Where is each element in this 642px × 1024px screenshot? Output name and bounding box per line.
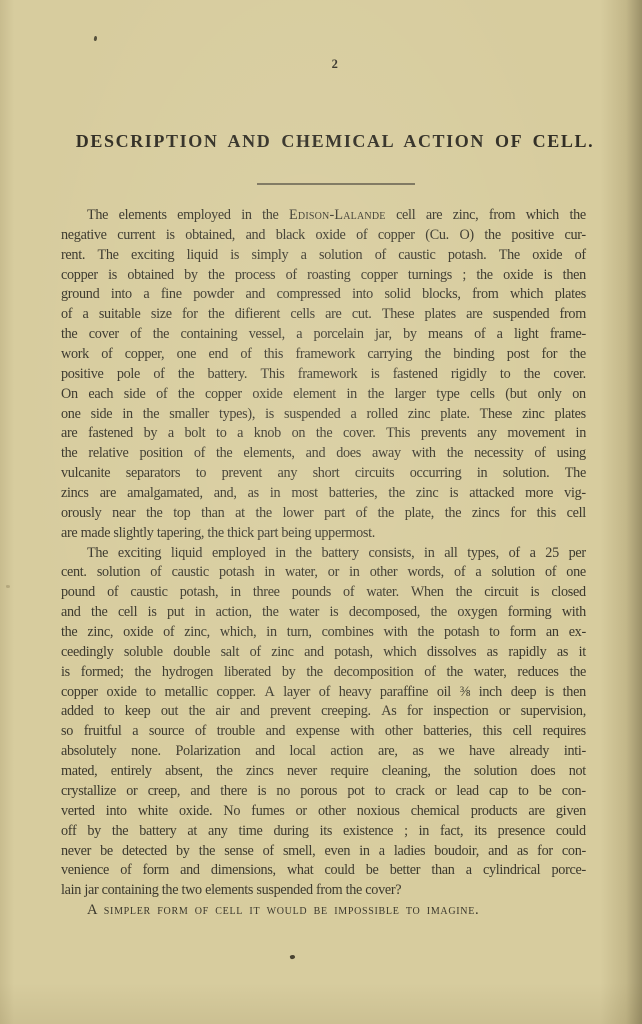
text-line: lain jar containing the two elements sus… bbox=[61, 881, 586, 901]
text-line: onesideinthesmallertypes),issuspendedaro… bbox=[61, 405, 586, 425]
text-line: copperoxidetometalliccopper.Alayerofheav… bbox=[61, 683, 586, 703]
body-text-block: TheelementsemployedintheEdison-Lalandece… bbox=[61, 206, 586, 921]
text-line: addedtokeepouttheairandpreventcreeping.A… bbox=[61, 702, 586, 722]
text-line: thecoverofthecontainingvessel,aporcelain… bbox=[61, 325, 586, 345]
text-line: vertedintowhiteoxide.Nofumesorothernoxio… bbox=[61, 802, 586, 822]
text-line: mated,entirelyabsent,thezincsneverrequir… bbox=[61, 762, 586, 782]
ink-speck bbox=[290, 954, 296, 959]
text-line: workofcopper,oneendofthisframeworkcarryi… bbox=[61, 345, 586, 365]
text-line: poundofcausticpotash,inthreepoundsofwate… bbox=[61, 583, 586, 603]
text-line: orouslynearthetopthanatthelowerpartofthe… bbox=[61, 504, 586, 524]
text-line: cent.solutionofcausticpotashinwater,orin… bbox=[61, 563, 586, 583]
text-line: groundintoafinepowderandcompressedintoso… bbox=[61, 285, 586, 305]
text-line: absolutelynone.Polarizationandlocalactio… bbox=[61, 742, 586, 762]
page-title: DESCRIPTION AND CHEMICAL ACTION OF CELL. bbox=[61, 131, 609, 152]
text-line: arefastenedbyabolttoaknobonthecover.This… bbox=[61, 424, 586, 444]
text-line: ceedinglysolubledoublesaltofzincandpotas… bbox=[61, 643, 586, 663]
text-line: ofasuitablesizeforthedifierentcellsarecu… bbox=[61, 305, 586, 325]
text-line: andthecellisputinaction,thewaterisdecomp… bbox=[61, 603, 586, 623]
scanned-book-page: 2 DESCRIPTION AND CHEMICAL ACTION OF CEL… bbox=[0, 0, 642, 1024]
text-line: therelativepositionoftheelements,anddoes… bbox=[61, 444, 586, 464]
divider-rule bbox=[257, 183, 415, 185]
text-line: venienceofformanddimensions,whatcouldbeb… bbox=[61, 861, 586, 881]
text-line: Oneachsideofthecopperoxideelementinthela… bbox=[61, 385, 586, 405]
text-line: rent.Theexcitingliquidissimplyasolutiono… bbox=[61, 246, 586, 266]
text-line: vulcaniteseparatorstopreventanyshortcirc… bbox=[61, 464, 586, 484]
text-line: neverbedetectedbythesenseofsmell,evenina… bbox=[61, 842, 586, 862]
text-line: offbythebatteryatanytimeduringitsexisten… bbox=[61, 822, 586, 842]
paper-blemish bbox=[6, 585, 10, 588]
ink-speck bbox=[94, 36, 98, 42]
page-number: 2 bbox=[61, 57, 609, 72]
text-line: negativecurrentisobtained,andblackoxideo… bbox=[61, 226, 586, 246]
text-line: are made slightly tapering, the thick pa… bbox=[61, 524, 586, 544]
text-line: sofruitfulasourceoftroubleandexpensewith… bbox=[61, 722, 586, 742]
text-line: Theexcitingliquidemployedinthebatterycon… bbox=[61, 544, 586, 564]
text-line: crystallizeorcreep,andthereisnoporouspot… bbox=[61, 782, 586, 802]
text-line: zincsareamalgamated,and,asinmostbatterie… bbox=[61, 484, 586, 504]
text-line: A simpler form of cell it would be impos… bbox=[61, 901, 586, 921]
text-line: copperisobtainedbytheprocessofroastingco… bbox=[61, 266, 586, 286]
text-line: TheelementsemployedintheEdison-Lalandece… bbox=[61, 206, 586, 226]
text-line: thezinc,oxideofzinc,which,inturn,combine… bbox=[61, 623, 586, 643]
text-line: isformed;thehydrogenliberatedbythedecomp… bbox=[61, 663, 586, 683]
text-line: positivepoleofthebattery.Thisframeworkis… bbox=[61, 365, 586, 385]
